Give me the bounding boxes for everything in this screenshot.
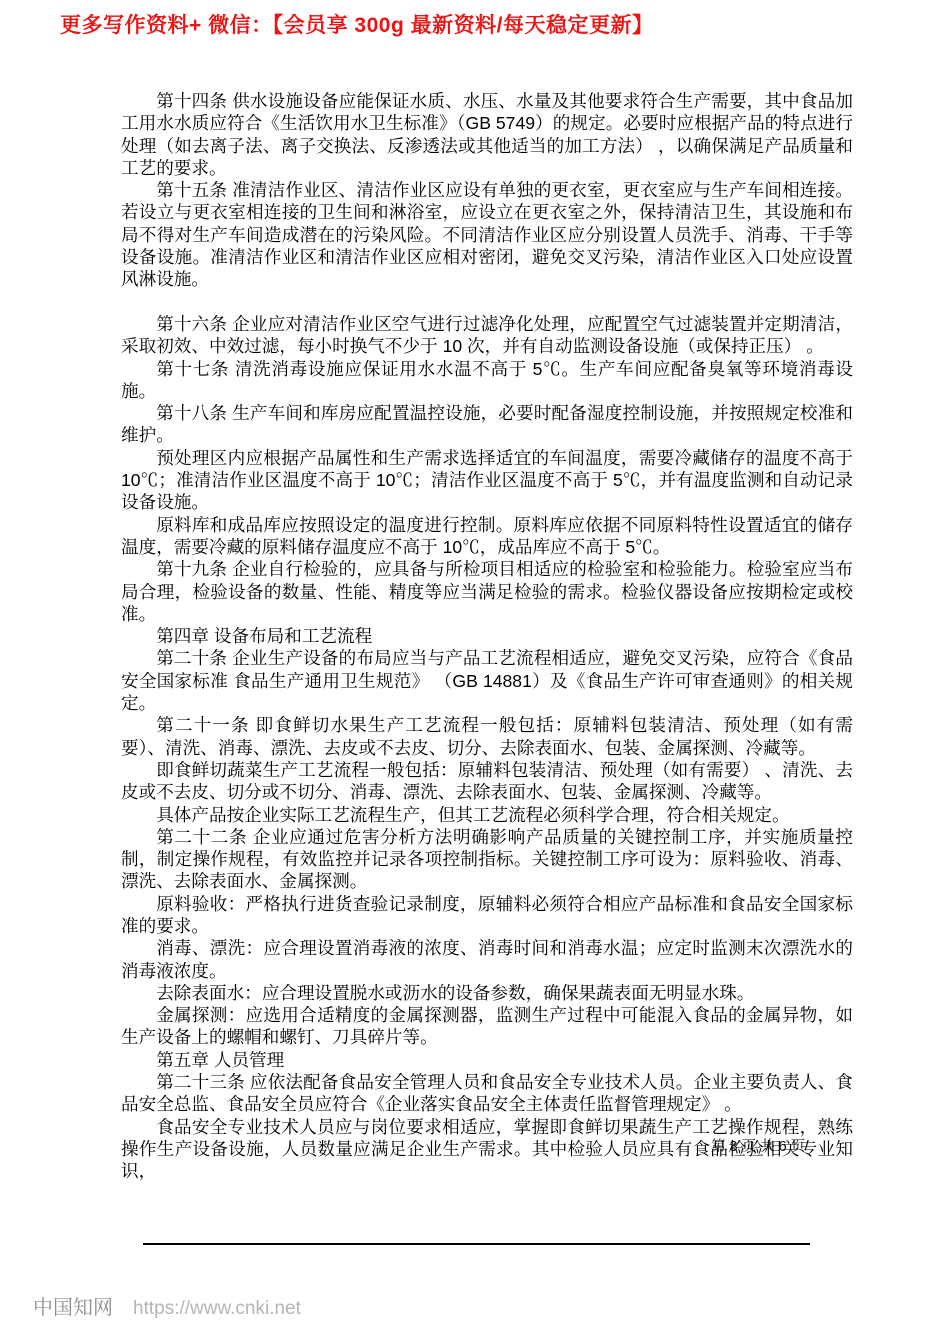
footer-divider-line [143, 1243, 810, 1245]
promo-banner: 更多写作资料+ 微信：【会员享 300g 最新资料/每天稳定更新】 [60, 9, 653, 39]
document-paragraph: 第二十二条 企业应通过危害分析方法明确影响产品质量的关键控制工序，并实施质量控制… [121, 826, 853, 893]
document-paragraph: 第十九条 企业自行检验的，应具备与所检项目相适应的检验室和检验能力。检验室应当布… [121, 558, 853, 625]
document-paragraph: 原料库和成品库应按照设定的温度进行控制。原料库应依据不同原料特性设置适宜的储存温… [121, 514, 853, 559]
document-paragraph: 第二十条 企业生产设备的布局应当与产品工艺流程相适应，避免交叉污染，应符合《食品… [121, 647, 853, 714]
document-paragraph: 第十七条 清洗消毒设施应保证用水水温不高于 5℃。生产车间应配备臭氧等环境消毒设… [121, 358, 853, 403]
document-paragraph: 第十八条 生产车间和库房应配置温控设施，必要时配备湿度控制设施，并按照规定校准和… [121, 402, 853, 447]
document-paragraph: 第十四条 供水设施设备应能保证水质、水压、水量及其他要求符合生产需要，其中食品加… [121, 90, 853, 179]
document-paragraph: 具体产品按企业实际工艺流程生产，但其工艺流程必须科学合理，符合相关规定。 [121, 804, 853, 826]
document-paragraph: 消毒、漂洗：应合理设置消毒液的浓度、消毒时间和消毒水温；应定时监测末次漂洗水的消… [121, 937, 853, 982]
document-paragraph: 第十六条 企业应对清洁作业区空气进行过滤净化处理，应配置空气过滤装置并定期清洁，… [121, 313, 853, 358]
document-page: 更多写作资料+ 微信：【会员享 300g 最新资料/每天稳定更新】 第十四条 供… [0, 0, 950, 1344]
document-paragraph: 金属探测：应选用合适精度的金属探测器，监测生产过程中可能混入食品的金属异物，如生… [121, 1004, 853, 1049]
page-number: 第 3 页 共 6 页 [711, 1135, 805, 1156]
document-paragraph: 第四章 设备布局和工艺流程 [121, 625, 853, 647]
watermark: 中国知网 https://www.cnki.net [33, 1291, 301, 1320]
document-paragraph: 第二十三条 应依法配备食品安全管理人员和食品安全专业技术人员。企业主要负责人、食… [121, 1071, 853, 1116]
document-paragraph: 去除表面水：应合理设置脱水或沥水的设备参数，确保果蔬表面无明显水珠。 [121, 982, 853, 1004]
document-paragraph: 第十五条 准清洁作业区、清洁作业区应设有单独的更衣室，更衣室应与生产车间相连接。… [121, 179, 853, 290]
cnki-url: https://www.cnki.net [133, 1298, 301, 1320]
document-paragraph: 预处理区内应根据产品属性和生产需求选择适宜的车间温度，需要冷藏储存的温度不高于 … [121, 447, 853, 514]
document-paragraph: 第二十一条 即食鲜切水果生产工艺流程一般包括：原辅料包装清洁、预处理（如有需要）… [121, 714, 853, 759]
cnki-logo: 中国知网 [33, 1291, 113, 1320]
document-paragraph: 即食鲜切蔬菜生产工艺流程一般包括：原辅料包装清洁、预处理（如有需要） 、清洗、去… [121, 759, 853, 804]
document-body: 第十四条 供水设施设备应能保证水质、水压、水量及其他要求符合生产需要，其中食品加… [121, 90, 853, 1183]
document-paragraph: 原料验收：严格执行进货查验记录制度，原辅料必须符合相应产品标准和食品安全国家标准… [121, 893, 853, 938]
document-paragraph: 第五章 人员管理 [121, 1049, 853, 1071]
